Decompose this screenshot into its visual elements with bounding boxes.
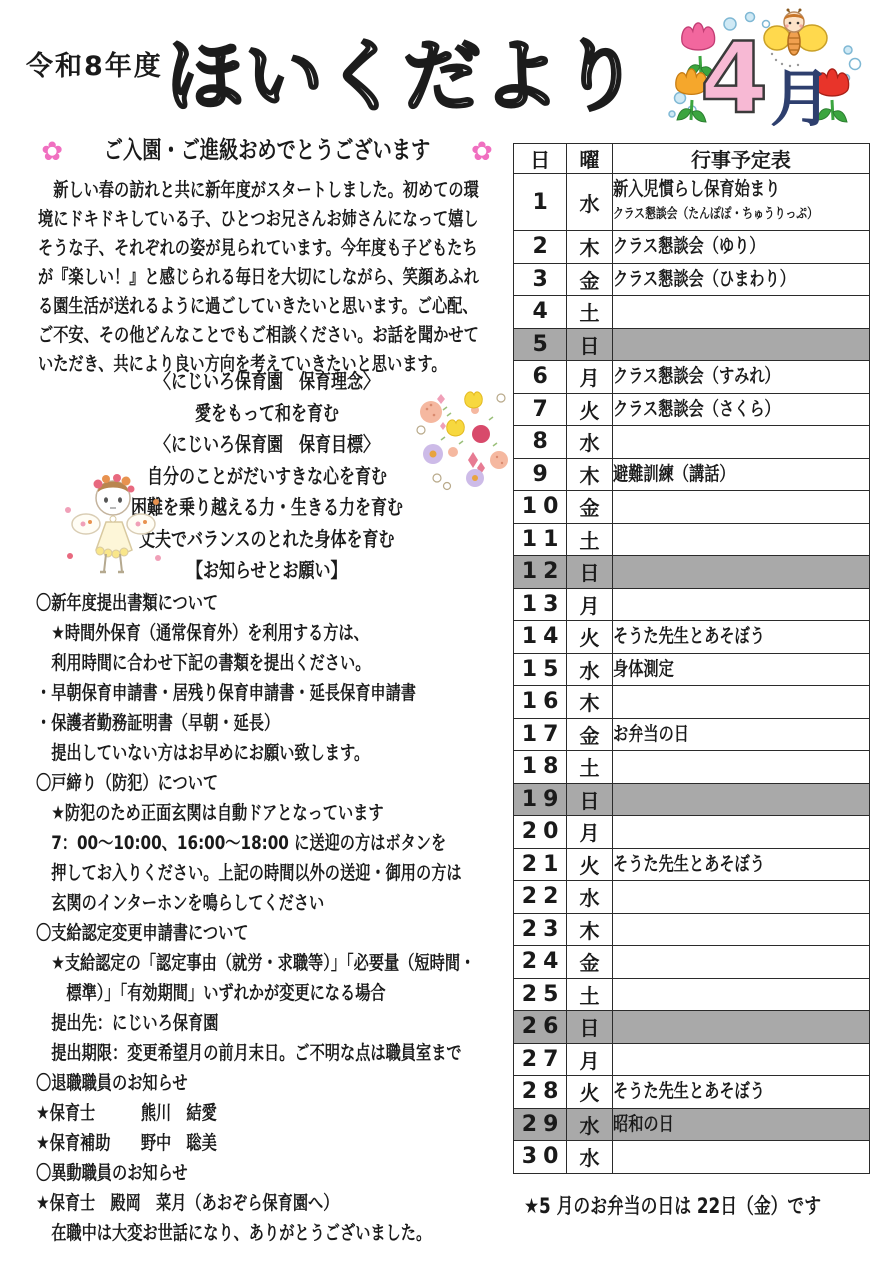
events-cell: クラス懇談会（ゆり） [612, 231, 869, 264]
events-cell [612, 296, 869, 329]
notice-line: 利用時間に合わせ下記の書類を提出ください。 [36, 648, 506, 678]
notice-line-text: 玄関のインターホンを鳴らしてください [36, 888, 324, 918]
calendar-row: 26日 [514, 1011, 870, 1044]
notice-line-text: ★時間外保育（通常保育外）を利用する方は、 [36, 618, 369, 648]
notice-line-text: 7：00～10:00、16:00～18:00 に送迎の方はボタンを [36, 828, 446, 858]
day-cell: 17 [514, 718, 567, 751]
notice-line-text: 〇異動職員のお知らせ [36, 1158, 188, 1188]
calendar-row: 16木 [514, 686, 870, 719]
event-schedule-table: 日 曜 行事予定表 1水新入児慣らし保育始まりクラス懇談会（たんぽぽ・ちゅうりっ… [513, 143, 870, 1174]
day-cell: 12 [514, 556, 567, 589]
philosophy-line-text: 丈夫でバランスのとれた身体を育む [139, 524, 395, 556]
weekday-cell: 火 [567, 1076, 613, 1109]
events-cell: 避難訓練（講話） [612, 458, 869, 491]
weekday-cell: 木 [567, 913, 613, 946]
notice-line-text: 〇戸締り（防犯）について [36, 768, 218, 798]
calendar-row: 12日 [514, 556, 870, 589]
notice-line-text: 押してお入りください。上記の時間以外の送迎・御用の方は [36, 858, 462, 888]
day-cell: 3 [514, 263, 567, 296]
notice-line-text: 提出していない方はお早めにお願い致します。 [36, 738, 369, 768]
day-cell: 5 [514, 328, 567, 361]
events-cell: そうた先生とあそぼう [612, 848, 869, 881]
philosophy-line-text: 〈にじいろ保育園 保育理念〉 [155, 366, 379, 398]
notice-line: 提出していない方はお早めにお願い致します。 [36, 738, 506, 768]
weekday-cell: 水 [567, 174, 613, 231]
weekday-cell: 金 [567, 718, 613, 751]
intro-line-text: が『楽しい！』と感じられる毎日を大切にしながら、笑顔あふれ [38, 263, 479, 292]
day-cell: 22 [514, 881, 567, 914]
event-text: クラス懇談会（さくら） [613, 398, 869, 421]
events-cell [612, 913, 869, 946]
calendar-row: 20月 [514, 816, 870, 849]
notice-line: 〇異動職員のお知らせ [36, 1158, 506, 1188]
notices-section: 〇新年度提出書類について ★時間外保育（通常保育外）を利用する方は、 利用時間に… [36, 588, 506, 1248]
newsletter-page: 令和8年度 ほいくだより [0, 0, 870, 1280]
notice-line-text: 標準）」「有効期間」いずれかが変更になる場合 [36, 978, 386, 1008]
events-cell [612, 816, 869, 849]
calendar-row: 8水 [514, 426, 870, 459]
weekday-cell: 金 [567, 491, 613, 524]
intro-line-text: ご不安、その他どんなことでもご相談ください。お話を聞かせて [38, 321, 479, 350]
intro-line: そうな子、それぞれの姿が見られています。今年度も子どもたち [38, 234, 500, 263]
intro-line: 新しい春の訪れと共に新年度がスタートしました。初めての環 [38, 176, 500, 205]
notice-line: ★時間外保育（通常保育外）を利用する方は、 [36, 618, 506, 648]
events-cell [612, 1043, 869, 1076]
philosophy-line-text: 自分のことがだいすきな心を育む [147, 461, 387, 493]
congratulations-heading-text: ご入園・ご進級おめでとうございます [104, 130, 430, 165]
events-cell [612, 523, 869, 556]
intro-line-text: る園生活が送れるように過ごしていきたいと思います。ご心配、 [38, 292, 478, 321]
day-cell: 23 [514, 913, 567, 946]
event-label: そうた先生とあそぼう [613, 853, 765, 876]
newsletter-title: ほいくだより [166, 14, 640, 126]
notice-line: ★防犯のため正面玄関は自動ドアとなっています [36, 798, 506, 828]
intro-paragraph: 新しい春の訪れと共に新年度がスタートしました。初めての環境にドキドキしている子、… [38, 176, 500, 379]
weekday-cell: 木 [567, 686, 613, 719]
notice-line: 在職中は大変お世話になり、ありがとうございました。 [36, 1218, 506, 1248]
notice-line: ・早朝保育申請書・居残り保育申請書・延長保育申請書 [36, 678, 506, 708]
event-label: 避難訓練（講話） [613, 463, 735, 486]
event-label: クラス懇談会（たんぽぽ・ちゅうりっぷ） [613, 203, 818, 226]
day-cell: 11 [514, 523, 567, 556]
event-label: そうた先生とあそぼう [613, 1080, 765, 1103]
philosophy-line-text: 愛をもって和を育む [195, 398, 339, 430]
calendar-row: 9木避難訓練（講話） [514, 458, 870, 491]
calendar-row: 1水新入児慣らし保育始まりクラス懇談会（たんぽぽ・ちゅうりっぷ） [514, 174, 870, 231]
notice-line-text: ・早朝保育申請書・居残り保育申請書・延長保育申請書 [36, 678, 416, 708]
calendar-row: 19日 [514, 783, 870, 816]
month-kanji: 月 [770, 62, 832, 128]
day-cell: 20 [514, 816, 567, 849]
day-cell: 9 [514, 458, 567, 491]
intro-line: ご不安、その他どんなことでもご相談ください。お話を聞かせて [38, 321, 500, 350]
calendar-row: 11土 [514, 523, 870, 556]
events-cell [612, 751, 869, 784]
day-cell: 30 [514, 1141, 567, 1174]
events-cell [612, 946, 869, 979]
weekday-cell: 水 [567, 653, 613, 686]
table-header-row: 日 曜 行事予定表 [514, 144, 870, 174]
may-lunch-footnote: ★5 月のお弁当の日は 22日（金）です [524, 1190, 870, 1220]
intro-line: が『楽しい！』と感じられる毎日を大切にしながら、笑顔あふれ [38, 263, 500, 292]
weekday-cell: 日 [567, 783, 613, 816]
notice-line: 〇新年度提出書類について [36, 588, 506, 618]
intro-line: 境にドキドキしている子、ひとつお兄さんお姉さんになって嬉し [38, 205, 500, 234]
notice-line-text: 提出先：にじいろ保育園 [36, 1008, 218, 1038]
day-cell: 10 [514, 491, 567, 524]
weekday-cell: 日 [567, 556, 613, 589]
notice-line-text: ★防犯のため正面玄関は自動ドアとなっています [36, 798, 384, 828]
philosophy-line-text: 【お知らせとお願い】 [187, 555, 347, 587]
weekday-cell: 火 [567, 848, 613, 881]
events-cell: クラス懇談会（さくら） [612, 393, 869, 426]
events-cell [612, 328, 869, 361]
calendar-row: 24金 [514, 946, 870, 979]
events-cell [612, 783, 869, 816]
day-cell: 15 [514, 653, 567, 686]
weekday-cell: 月 [567, 361, 613, 394]
notice-line: ・保護者勤務証明書（早朝・延長） [36, 708, 506, 738]
event-text: そうた先生とあそぼう [613, 853, 869, 876]
calendar-row: 5日 [514, 328, 870, 361]
day-cell: 13 [514, 588, 567, 621]
calendar-row: 30水 [514, 1141, 870, 1174]
notice-line-text: ★支給認定の「認定事由（就労・求職等）」「必要量（短時間・ [36, 948, 475, 978]
events-cell: 昭和の日 [612, 1108, 869, 1141]
event-label: そうた先生とあそぼう [613, 625, 765, 648]
events-cell: クラス懇談会（すみれ） [612, 361, 869, 394]
events-cell: そうた先生とあそぼう [612, 621, 869, 654]
event-label: 身体測定 [613, 658, 674, 681]
calendar-row: 28火そうた先生とあそぼう [514, 1076, 870, 1109]
events-cell [612, 881, 869, 914]
event-text: クラス懇談会（たんぽぽ・ちゅうりっぷ） [613, 201, 869, 226]
calendar-body: 1水新入児慣らし保育始まりクラス懇談会（たんぽぽ・ちゅうりっぷ）2木クラス懇談会… [514, 174, 870, 1174]
day-cell: 7 [514, 393, 567, 426]
events-cell [612, 556, 869, 589]
calendar-row: 14火そうた先生とあそぼう [514, 621, 870, 654]
events-cell: 身体測定 [612, 653, 869, 686]
notice-line: 標準）」「有効期間」いずれかが変更になる場合 [36, 978, 506, 1008]
philosophy-line-text: 困難を乗り越える力・生きる力を育む [131, 492, 403, 524]
weekday-cell: 水 [567, 426, 613, 459]
notice-line-text: 在職中は大変お世話になり、ありがとうございました。 [36, 1218, 431, 1248]
weekday-cell: 土 [567, 296, 613, 329]
calendar-row: 7火クラス懇談会（さくら） [514, 393, 870, 426]
calendar-row: 17金お弁当の日 [514, 718, 870, 751]
events-cell [612, 1141, 869, 1174]
weekday-cell: 土 [567, 523, 613, 556]
event-label: クラス懇談会（ひまわり） [613, 268, 795, 291]
events-cell: クラス懇談会（ひまわり） [612, 263, 869, 296]
notice-line: 〇支給認定変更申請書について [36, 918, 506, 948]
calendar-row: 25土 [514, 978, 870, 1011]
calendar-row: 23木 [514, 913, 870, 946]
day-cell: 29 [514, 1108, 567, 1141]
day-cell: 26 [514, 1011, 567, 1044]
intro-line-text: そうな子、それぞれの姿が見られています。今年度も子どもたち [38, 234, 478, 263]
notice-line: ★支給認定の「認定事由（就労・求職等）」「必要量（短時間・ [36, 948, 506, 978]
calendar-row: 6月クラス懇談会（すみれ） [514, 361, 870, 394]
header-dow: 曜 [567, 144, 613, 174]
fairy-girl-illustration [56, 462, 171, 580]
notice-line-text: 利用時間に合わせ下記の書類を提出ください。 [36, 648, 370, 678]
weekday-cell: 木 [567, 458, 613, 491]
calendar-row: 2木クラス懇談会（ゆり） [514, 231, 870, 264]
congratulations-heading: ✿ご入園・ご進級おめでとうございます✿ [36, 130, 498, 167]
notice-line-text: 〇退職職員のお知らせ [36, 1068, 188, 1098]
notice-line-text: 提出期限：変更希望月の前月末日。ご不明な点は職員室まで [36, 1038, 462, 1068]
may-lunch-footnote-text: ★5 月のお弁当の日は 22日（金）です [524, 1190, 821, 1220]
weekday-cell: 金 [567, 263, 613, 296]
header-events: 行事予定表 [612, 144, 869, 174]
header-day: 日 [514, 144, 567, 174]
flower-icon: ✿ [471, 137, 493, 167]
notice-line-text: ★保育補助 野中 聡美 [36, 1128, 217, 1158]
day-cell: 4 [514, 296, 567, 329]
calendar-row: 4土 [514, 296, 870, 329]
weekday-cell: 月 [567, 1043, 613, 1076]
day-cell: 24 [514, 946, 567, 979]
event-label: クラス懇談会（すみれ） [613, 365, 780, 388]
event-label: クラス懇談会（ゆり） [613, 235, 765, 258]
weekday-cell: 日 [567, 1011, 613, 1044]
notice-line-text: ・保護者勤務証明書（早朝・延長） [36, 708, 279, 738]
event-text: そうた先生とあそぼう [613, 1080, 869, 1103]
event-text: 身体測定 [613, 658, 869, 681]
events-cell: そうた先生とあそぼう [612, 1076, 869, 1109]
notice-line-text: 〇支給認定変更申請書について [36, 918, 249, 948]
day-cell: 25 [514, 978, 567, 1011]
calendar-row: 21火そうた先生とあそぼう [514, 848, 870, 881]
event-label: 昭和の日 [613, 1113, 674, 1136]
calendar-row: 13月 [514, 588, 870, 621]
event-text: クラス懇談会（ひまわり） [613, 268, 869, 291]
notice-line: ★保育士 熊川 結愛 [36, 1098, 506, 1128]
fiscal-year-label: 令和8年度 [26, 44, 163, 83]
day-cell: 16 [514, 686, 567, 719]
event-text: クラス懇談会（すみれ） [613, 365, 869, 388]
notice-line: 押してお入りください。上記の時間以外の送迎・御用の方は [36, 858, 506, 888]
notice-line: ★保育士 殿岡 菜月（あおぞら保育園へ） [36, 1188, 506, 1218]
day-cell: 28 [514, 1076, 567, 1109]
weekday-cell: 月 [567, 816, 613, 849]
events-cell [612, 588, 869, 621]
event-text: そうた先生とあそぼう [613, 625, 869, 648]
events-cell [612, 686, 869, 719]
april-month-badge-illustration: 4 月 [658, 6, 863, 128]
weekday-cell: 月 [567, 588, 613, 621]
event-label: お弁当の日 [613, 723, 689, 746]
day-cell: 14 [514, 621, 567, 654]
calendar-row: 22水 [514, 881, 870, 914]
flower-icon: ✿ [41, 137, 63, 167]
events-cell [612, 1011, 869, 1044]
weekday-cell: 土 [567, 751, 613, 784]
calendar-row: 29水昭和の日 [514, 1108, 870, 1141]
flower-cluster-illustration [413, 390, 511, 492]
calendar-row: 27月 [514, 1043, 870, 1076]
weekday-cell: 土 [567, 978, 613, 1011]
day-cell: 21 [514, 848, 567, 881]
notice-line: 〇戸締り（防犯）について [36, 768, 506, 798]
day-cell: 6 [514, 361, 567, 394]
weekday-cell: 水 [567, 1108, 613, 1141]
event-text: クラス懇談会（ゆり） [613, 235, 869, 258]
notice-line: ★保育補助 野中 聡美 [36, 1128, 506, 1158]
calendar-row: 18土 [514, 751, 870, 784]
weekday-cell: 金 [567, 946, 613, 979]
day-cell: 1 [514, 174, 567, 231]
event-label: クラス懇談会（さくら） [613, 398, 780, 421]
notice-line: 玄関のインターホンを鳴らしてください [36, 888, 506, 918]
events-cell [612, 426, 869, 459]
events-cell [612, 978, 869, 1011]
day-cell: 18 [514, 751, 567, 784]
day-cell: 19 [514, 783, 567, 816]
month-number: 4 [700, 22, 768, 128]
notice-line: 提出先：にじいろ保育園 [36, 1008, 506, 1038]
calendar-row: 10金 [514, 491, 870, 524]
notice-line-text: ★保育士 殿岡 菜月（あおぞら保育園へ） [36, 1188, 338, 1218]
intro-line-text: 境にドキドキしている子、ひとつお兄さんお姉さんになって嬉し [38, 205, 479, 234]
events-cell [612, 491, 869, 524]
intro-line: る園生活が送れるように過ごしていきたいと思います。ご心配、 [38, 292, 500, 321]
calendar-row: 15水身体測定 [514, 653, 870, 686]
event-text: お弁当の日 [613, 723, 869, 746]
calendar-row: 3金クラス懇談会（ひまわり） [514, 263, 870, 296]
event-text: 新入児慣らし保育始まり [613, 178, 869, 201]
intro-line-text: 新しい春の訪れと共に新年度がスタートしました。初めての環 [38, 176, 479, 205]
butterfly-character-icon [764, 9, 827, 68]
notice-line-text: ★保育士 熊川 結愛 [36, 1098, 217, 1128]
day-cell: 8 [514, 426, 567, 459]
events-cell: お弁当の日 [612, 718, 869, 751]
event-label: 新入児慣らし保育始まり [613, 178, 780, 201]
notice-line: 7：00～10:00、16:00～18:00 に送迎の方はボタンを [36, 828, 506, 858]
day-cell: 2 [514, 231, 567, 264]
notice-line: 〇退職職員のお知らせ [36, 1068, 506, 1098]
weekday-cell: 水 [567, 1141, 613, 1174]
weekday-cell: 木 [567, 231, 613, 264]
weekday-cell: 火 [567, 621, 613, 654]
weekday-cell: 火 [567, 393, 613, 426]
notice-line: 提出期限：変更希望月の前月末日。ご不明な点は職員室まで [36, 1038, 506, 1068]
event-text: 避難訓練（講話） [613, 463, 869, 486]
weekday-cell: 水 [567, 881, 613, 914]
event-text: 昭和の日 [613, 1113, 869, 1136]
events-cell: 新入児慣らし保育始まりクラス懇談会（たんぽぽ・ちゅうりっぷ） [612, 174, 869, 231]
day-cell: 27 [514, 1043, 567, 1076]
notice-line-text: 〇新年度提出書類について [36, 588, 218, 618]
weekday-cell: 日 [567, 328, 613, 361]
philosophy-line-text: 〈にじいろ保育園 保育目標〉 [155, 429, 379, 461]
